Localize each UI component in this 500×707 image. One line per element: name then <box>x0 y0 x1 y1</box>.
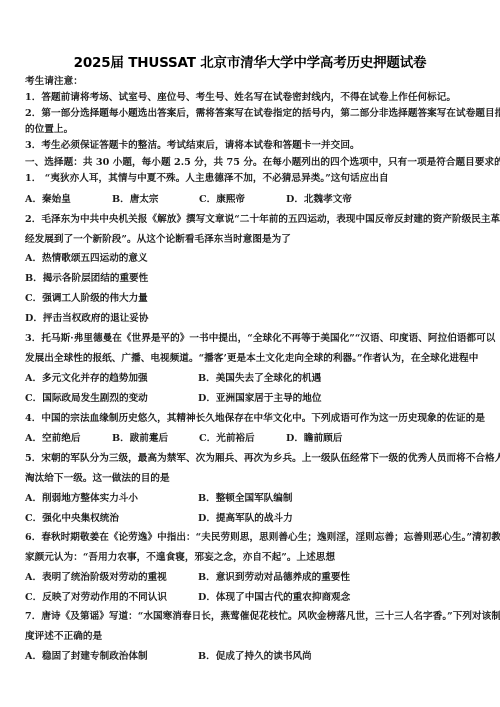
question-6-stem-2: 家颜元认为：“吾用力农事，不遑食寝，邪妄之念，亦自不起”。上述思想 <box>25 549 335 563</box>
question-3-option-b: B．美国失去了全球化的机遇 <box>198 370 321 384</box>
question-3-option-c: C．国际政局发生剧烈的变动 <box>25 390 148 404</box>
question-2-stem-1: 2．毛泽东为中共中央机关报《解放》撰写文章说“二十年前的五四运动，表现中国反帝反… <box>25 211 500 225</box>
question-6-option-c: C．反映了对劳动作用的不同认识 <box>25 589 167 603</box>
question-6-option-b: B．意识到劳动对品德养成的重要性 <box>198 569 350 583</box>
question-6-option-a: A．表明了统治阶级对劳动的重视 <box>25 569 167 583</box>
question-7-option-a: A．稳固了封建专制政治体制 <box>25 648 148 662</box>
question-3-stem-1: 3．托马斯·弗里德曼在《世界是平的》一书中提出，“全球化不再等于美国化”“汉语、… <box>25 330 495 344</box>
exam-page: 2025届 THUSSAT 北京市清华大学中学高考历史押题试卷 考生请注意： 1… <box>0 0 500 707</box>
question-4-stem: 4．中国的宗法血缘制历史悠久，其精神长久地保存在中华文化中。下列成语可作为这一历… <box>25 410 485 424</box>
question-3-option-d: D．亚洲国家居于主导的地位 <box>198 390 321 404</box>
question-1-option-d: D．北魏孝文帝 <box>286 191 352 205</box>
question-5-stem-2: 淘汰给下一级。这一做法的目的是 <box>25 470 170 484</box>
question-1-option-a: A．秦始皇 <box>25 191 71 205</box>
question-7-option-b: B．促成了持久的读书风尚 <box>198 648 312 662</box>
notice-item-2: 2．第一部分选择题每小题选出答案后，需将答案写在试卷指定的括号内，第二部分非选择… <box>25 105 500 119</box>
question-1-option-b: B．唐太宗 <box>112 191 158 205</box>
question-3-option-a: A．多元文化并存的趋势加强 <box>25 370 148 384</box>
question-2-option-d: D．抨击当权政府的退让妥协 <box>25 310 148 324</box>
question-2-stem-2: 经发展到了一个新阶段”。从这个论断看毛泽东当时意图是为了 <box>25 231 291 245</box>
question-1-stem: 1． “夷狄亦人耳，其情与中夏不殊。人主患德泽不加，不必猜忌异类。”这句话应出自 <box>25 170 389 184</box>
question-5-option-c: C．强化中央集权统治 <box>25 510 119 524</box>
question-6-stem-1: 6．春秋时期敬姜在《论劳逸》中指出：“夫民劳则思，思则善心生；逸则淫，淫则忘善；… <box>25 529 500 543</box>
question-6-option-d: D．体现了中国古代的重农抑商观念 <box>198 589 350 603</box>
question-2-option-a: A．热情歌颂五四运动的意义 <box>25 250 148 264</box>
question-4-option-b: B．跋前疐后 <box>112 430 168 444</box>
question-5-option-b: B．整顿全国军队编制 <box>198 490 292 504</box>
question-5-option-a: A．削弱地方整体实力斗小 <box>25 490 138 504</box>
question-7-stem-2: 度评述不正确的是 <box>25 628 102 642</box>
question-4-option-a: A．空前绝后 <box>25 430 80 444</box>
question-1-option-c: C．康熙帝 <box>199 191 245 205</box>
notice-item-1: 1．答题前请将考场、试室号、座位号、考生号、姓名写在试卷密封线内，不得在试卷上作… <box>25 89 456 103</box>
notice-item-3: 3．考生必须保证答题卡的整洁。考试结束后，请将本试卷和答题卡一并交回。 <box>25 137 360 151</box>
question-5-option-d: D．提高军队的战斗力 <box>198 510 293 524</box>
question-4-option-c: C．光前裕后 <box>199 430 255 444</box>
section-heading: 一、选择题：共 30 小题，每小题 2.5 分，共 75 分。在每小题列出的四个… <box>25 154 500 168</box>
question-2-option-b: B．揭示各阶层团结的重要性 <box>25 270 148 284</box>
notice-item-2-cont: 的位置上。 <box>25 121 73 135</box>
question-3-stem-2: 发展出全球性的报纸、广播、电视频道。“播客’更是本土文化走向全球的利器。”作者认… <box>25 350 478 364</box>
question-2-option-c: C．强调工人阶级的伟大力量 <box>25 290 148 304</box>
question-4-option-d: D．瞻前顾后 <box>286 430 342 444</box>
page-title: 2025届 THUSSAT 北京市清华大学中学高考历史押题试卷 <box>0 51 500 71</box>
question-7-stem-1: 7．唐诗《及第谣》写道：“水国寒消春日长，燕莺催促花枝忙。风吹金榜落凡世，三十三… <box>25 608 500 622</box>
question-5-stem-1: 5．宋朝的军队分为三级，最高为禁军、次为厢兵、再次为乡兵。上一级队伍经常下一级的… <box>25 450 500 464</box>
notice-heading: 考生请注意： <box>25 73 83 87</box>
